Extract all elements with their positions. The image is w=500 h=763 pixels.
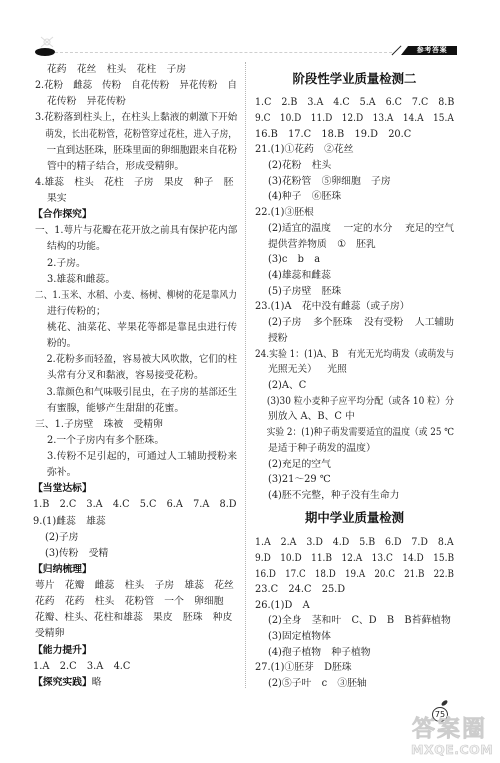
answer-term: B — [387, 613, 394, 629]
answer-term: 子房 — [155, 578, 175, 594]
question-3-line: 萌发，长出花粉管，花粉管穿过花柱，进入子房， — [33, 127, 237, 143]
section-heading-ability: 【能力提升】 — [33, 643, 237, 659]
choice-answers-row: 16.B17.C18.B19.D20.C — [255, 127, 454, 143]
answer-term: 22.(1)③胚根 — [255, 205, 314, 221]
answer-term: 自花传粉 — [131, 78, 169, 94]
header-oval-mark — [35, 48, 55, 56]
answer-term: ① — [337, 237, 346, 253]
answer-term: ③胚轴 — [337, 676, 366, 692]
inquiry-answer-line: 2.花粉多而轻盈，容易被大风吹散，它们的柱 — [33, 352, 237, 368]
choice-answer: 16.B — [255, 127, 278, 143]
question-22-line: (3)cba — [255, 252, 454, 268]
choice-answer: 5.C — [140, 497, 157, 513]
choice-answers-row: 1.B2.C3.A4.C5.C6.A7.A8.D — [33, 497, 237, 513]
answer-term: (3)c — [268, 252, 287, 268]
choice-answer: 23.C — [255, 582, 278, 598]
answer-term: (4)雄蕊和雌蕊 — [268, 268, 331, 284]
midterm-test-answers: 1.A2.A3.D4.D5.B6.D7.D8.A 9.D10.D11.B12.A… — [255, 535, 454, 692]
answer-term: ②花丝 — [324, 142, 353, 158]
choice-answer: 5.A — [360, 95, 376, 111]
choice-answer: 12.D — [342, 111, 363, 127]
question-2-line: 2.花粉雌蕊传粉自花传粉异花传粉自 — [33, 78, 237, 94]
choice-answer: 2.A — [281, 535, 297, 551]
choice-answer: 4.D — [333, 535, 350, 551]
leaf-icon — [441, 699, 449, 707]
answer-term: 果皮 — [153, 610, 173, 626]
answer-term: 受精卵 — [35, 626, 64, 642]
answer-term: (2)适宜的温度 — [268, 221, 331, 237]
question-24-line: (2)A、C — [255, 378, 454, 394]
choice-answer: 19.D — [354, 127, 377, 143]
question-22-line: (4)雄蕊和雌蕊 — [255, 268, 454, 284]
answer-term: 2.花粉 — [35, 78, 63, 94]
choice-answer: 1.A — [255, 535, 271, 551]
section-badge: 参考答案 — [401, 46, 457, 55]
question-27-line: 27.(1)①胚芽D胚珠 — [255, 660, 454, 676]
question-9-line: (3)传粉受精 — [33, 546, 237, 562]
inquiry-answer-line: 粉的。 — [33, 336, 237, 352]
answer-term: 卵细胞 — [194, 594, 223, 610]
answer-term: 茎和叶 — [312, 613, 341, 629]
answer-term: 24.实验 1：(1)A、B — [255, 347, 338, 363]
inquiry-answer-line: 2.子房。 — [33, 256, 237, 272]
choice-answer: 21.B — [404, 567, 424, 583]
answer-term: (2)花粉 — [268, 158, 301, 174]
answer-term: 花瓣 — [65, 578, 85, 594]
choice-answer: 1.A — [33, 659, 49, 675]
choice-answer: 10.D — [280, 551, 301, 567]
answer-term: (2)子房 — [268, 315, 301, 331]
answer-term: 花柱 — [104, 175, 124, 191]
choice-answer: 6.D — [385, 535, 402, 551]
choice-answers-row: 1.A2.A3.D4.D5.B6.D7.D8.A — [255, 535, 454, 551]
choice-answers-row: 9.D10.D11.B12.A13.C14.D15.B — [255, 551, 454, 567]
summary-line: 花瓣、柱头、花柱和雄蕊果皮胚珠种皮 — [33, 610, 237, 626]
answer-term: (3)传粉 — [45, 546, 78, 562]
inquiry-answer-line: 结构的功能。 — [33, 239, 237, 255]
answer-term: 花瓣、柱头、花柱和雄蕊 — [35, 610, 143, 626]
choice-answers-row: 16.D17.C18.D19.A20.C21.B22.B — [255, 567, 454, 583]
question-9-line: 9.(1)雌蕊雄蕊 — [33, 514, 237, 530]
question-24-line: 别放入 A、B、C 中 — [255, 409, 454, 425]
answer-term: 花中没有雌蕊（或子房） — [302, 299, 410, 315]
choice-answer: 11.B — [311, 551, 332, 567]
choice-answers-row: 23.C24.C25.D — [255, 582, 454, 598]
answer-term: 花粉管 — [125, 594, 154, 610]
answer-term: 子房 — [371, 174, 391, 190]
answer-term: 光照无关） — [268, 362, 317, 378]
answer-term: 子房 — [134, 175, 154, 191]
choice-answer: 2.B — [281, 95, 297, 111]
question-24-line: (3)30 粒小麦种子应平均分配（或各 10 粒）分 — [255, 394, 454, 410]
answer-term: 21.(1)①花药 — [255, 142, 314, 158]
question-23-line: 23.(1)A花中没有雌蕊（或子房） — [255, 299, 454, 315]
answer-term: 种子 — [194, 175, 214, 191]
section-heading-practice: 【探究实践】 — [33, 677, 92, 688]
question-22-line: 22.(1)③胚根 — [255, 205, 454, 221]
choice-answer: 2.C — [60, 497, 77, 513]
answer-term: 花药 — [65, 594, 85, 610]
answer-term: A — [303, 598, 310, 614]
choice-answer: 15.B — [433, 551, 454, 567]
inquiry-answer-line: 一、1.萼片与花瓣在花开放之前具有保护花内部 — [33, 223, 237, 239]
inquiry-answer-line: 桃花、油菜花、苹果花等都是靠昆虫进行传 — [33, 320, 237, 336]
answer-term: b — [298, 252, 304, 268]
choice-answer: 7.A — [193, 497, 209, 513]
choice-answer: 17.C — [285, 567, 306, 583]
question-26-line: 26.(1)DA — [255, 598, 454, 614]
question-24-line: (3)21～29 ℃ — [255, 472, 454, 488]
answer-term: 柱头 — [125, 578, 145, 594]
practice-line: 【探究实践】略 — [33, 675, 237, 691]
choice-answer: 4.C — [113, 497, 130, 513]
choice-answer: 8.B — [438, 95, 454, 111]
watermark-url: MXQE.COM — [411, 743, 493, 757]
answer-term: (3)花粉管 — [268, 174, 311, 190]
inquiry-answer-line: 3.传粉不足引起的，可通过人工辅助授粉来 — [33, 449, 237, 465]
choice-answer: 7.D — [411, 535, 428, 551]
answer-term: 果实 — [47, 191, 67, 207]
choice-answer: 20.C — [374, 567, 395, 583]
answer-term: (2)全身 — [268, 613, 301, 629]
answer-term: 种皮 — [213, 610, 233, 626]
answer-term: 没有受粉 — [364, 315, 403, 331]
choice-answer: 3.D — [306, 535, 323, 551]
choice-answer: 18.B — [321, 127, 344, 143]
choice-answer: 15.A — [433, 111, 454, 127]
answer-term: 胚珠 — [322, 284, 342, 300]
answer-term: D胚珠 — [324, 660, 351, 676]
answer-term: (2)子房 — [45, 530, 78, 546]
column-divider — [245, 62, 246, 688]
answer-term: 受精卵 — [134, 417, 163, 433]
answer-term: 花药 — [47, 62, 67, 78]
inquiry-answer-line: 3.靠颜色和气味吸引昆虫，在子房的基部还生 — [33, 385, 237, 401]
summary-line: 萼片花瓣雌蕊柱头子房雄蕊花丝 — [33, 578, 237, 594]
answer-term: 异花传粉 — [87, 94, 126, 110]
left-column: 花药花丝柱头花柱子房 2.花粉雌蕊传粉自花传粉异花传粉自 花传粉异花传粉 3.花… — [33, 62, 237, 691]
question-24-line: 实验 2：(1)种子萌发需要适宜的温度（或 25 ℃ — [255, 425, 454, 441]
choice-answer: 13.C — [372, 551, 393, 567]
answer-term: 受精 — [89, 546, 109, 562]
answer-term: a — [314, 252, 320, 268]
choice-answer: 6.C — [386, 95, 402, 111]
answer-term: 子房 — [167, 62, 187, 78]
choice-answer: 7.C — [412, 95, 428, 111]
inquiry-answer-line: 进行传粉的； — [33, 304, 237, 320]
question-3-line: 3.花粉落到柱头上，在柱头上黏液的刺激下开始 — [33, 110, 237, 126]
choice-answer: 13.A — [373, 111, 394, 127]
header-rule — [55, 52, 392, 53]
choice-answer: 22.B — [434, 567, 454, 583]
answer-term: (5)子房壁 — [268, 284, 311, 300]
choice-answer: 16.D — [255, 567, 276, 583]
choice-answer: 14.A — [403, 111, 424, 127]
choice-answer: 6.A — [167, 497, 183, 513]
choice-answer: 1.B — [33, 497, 49, 513]
question-22-line: (5)子房壁胚珠 — [255, 284, 454, 300]
answer-term: 雄蕊 — [184, 578, 204, 594]
choice-answer: 20.C — [388, 127, 411, 143]
header-slash — [392, 45, 402, 55]
answer-term: (4)种子 — [268, 189, 301, 205]
choice-answer: 12.A — [341, 551, 362, 567]
answer-term: 一个 — [164, 594, 184, 610]
answer-term: 授粉 — [268, 331, 288, 347]
answer-term: 有光无光均萌发（或萌发与 — [348, 347, 454, 363]
answer-term: 人工辅助 — [415, 315, 454, 331]
answer-term: 雌蕊 — [73, 78, 92, 94]
inquiry-answer-line: 头常有分叉和黏液，容易接受花粉。 — [33, 368, 237, 384]
choice-answer: 4.C — [333, 95, 349, 111]
answer-term: 胚乳 — [356, 237, 376, 253]
choice-answer: 3.A — [86, 497, 102, 513]
inquiry-answer-line: 有蜜腺，能够产生甜甜的花蜜。 — [33, 401, 237, 417]
answer-term: 光照 — [327, 362, 347, 378]
answer-term: 传粉 — [102, 78, 121, 94]
inquiry-answer-line: 弥补。 — [33, 465, 237, 481]
question-9-line: (2)子房 — [33, 530, 237, 546]
section-heading-in-class-standards: 【当堂达标】 — [33, 481, 237, 497]
answer-term: c — [322, 676, 328, 692]
question-4-line: 果实 — [33, 191, 237, 207]
choice-answer: 1.C — [255, 95, 271, 111]
answer-term: 柱头 — [95, 594, 115, 610]
question-23-line: 授粉 — [255, 331, 454, 347]
answer-term: 27.(1)①胚芽 — [255, 660, 314, 676]
answer-term: 雌蕊 — [95, 578, 115, 594]
question-24-line: 24.实验 1：(1)A、B有光无光均萌发（或萌发与 — [255, 347, 454, 363]
question-26-line: (3)固定植物体 — [255, 629, 454, 645]
question-4-line: 4.雄蕊柱头花柱子房果皮种子胚 — [33, 175, 237, 191]
answer-term: 胚珠 — [183, 610, 203, 626]
answer-term: 种子植物 — [331, 645, 370, 661]
answer-term: 提供营养物质 — [268, 237, 327, 253]
answer-term: 柱头 — [107, 62, 127, 78]
question-2-line: 花传粉异花传粉 — [33, 94, 237, 110]
answer-term: 花药 — [35, 594, 55, 610]
question-27-line: (2)⑤子叶c③胚轴 — [255, 676, 454, 692]
inquiry-answer-line: 二、1.玉米、水稻、小麦、杨树、柳树的花是靠风力 — [33, 288, 237, 304]
watermark-logo: 答案圈 — [412, 716, 494, 742]
answer-term: 果皮 — [164, 175, 184, 191]
inquiry-answer-line: 三、1.子房壁珠被受精卵 — [33, 417, 237, 433]
inquiry-answer-line: 2.一个子房内有多个胚珠。 — [33, 433, 237, 449]
choice-answers-row: 1.A2.C3.A4.C — [33, 659, 237, 675]
answer-term: 花柱 — [137, 62, 157, 78]
choice-answer: 17.C — [288, 127, 311, 143]
choice-answer: 9.D — [255, 551, 271, 567]
choice-answer: 19.A — [345, 567, 365, 583]
question-22-line: (2)适宜的温度一定的水分充足的空气 — [255, 221, 454, 237]
practice-answer: 略 — [92, 677, 102, 688]
choice-answer: 5.B — [359, 535, 375, 551]
answer-term: 萼片 — [35, 578, 55, 594]
answer-term: 珠被 — [104, 417, 124, 433]
answer-term: 柱头 — [312, 158, 332, 174]
section-heading-cooperative-inquiry: 【合作探究】 — [33, 207, 237, 223]
answer-term: 雄蕊 — [86, 514, 106, 530]
answer-term: 异花传粉 — [179, 78, 217, 94]
choice-answer: 8.A — [438, 535, 454, 551]
question-26-line: (2)全身茎和叶C、DBB苔藓植物 — [255, 613, 454, 629]
choice-answer: 10.D — [280, 111, 301, 127]
answer-term: (4)孢子植物 — [268, 645, 321, 661]
answer-term: 一定的水分 — [343, 221, 392, 237]
question-21-line: 21.(1)①花药②花丝 — [255, 142, 454, 158]
answer-line: 花药花丝柱头花柱子房 — [33, 62, 237, 78]
inquiry-answer-line: 3.雄蕊和雌蕊。 — [33, 272, 237, 288]
answer-term: 花丝 — [77, 62, 97, 78]
question-24-line: (2)充足的空气 — [255, 457, 454, 473]
choice-answer: 9.C — [255, 111, 270, 127]
section-heading-summary: 【归纳梳理】 — [33, 562, 237, 578]
answer-key-page: 参考答案 花药花丝柱头花柱子房 2.花粉雌蕊传粉自花传粉异花传粉自 花传粉异花传… — [0, 0, 500, 763]
answer-term: 23.(1)A — [255, 299, 292, 315]
choice-answer: 3.A — [307, 95, 323, 111]
question-24-line: 光照无关）光照 — [255, 362, 454, 378]
choice-answer: 24.C — [288, 582, 311, 598]
choice-answer: 25.D — [322, 582, 345, 598]
header-decoration-icon — [39, 36, 55, 48]
choice-answers-row: 9.C10.D11.D12.D13.A14.A15.A — [255, 111, 454, 127]
answer-term: 胚 — [224, 175, 234, 191]
question-21-line: (4)种子⑥胚珠 — [255, 189, 454, 205]
choice-answer: 2.C — [60, 659, 77, 675]
answer-term: 4.雄蕊 — [35, 175, 64, 191]
answer-term: 多个胚珠 — [313, 315, 352, 331]
question-21-line: (2)花粉柱头 — [255, 158, 454, 174]
choice-answer: 11.D — [311, 111, 332, 127]
question-24-line: 是适于种子萌发的温度） — [255, 441, 454, 457]
choice-answer: 18.D — [315, 567, 336, 583]
answer-term: 花传粉 — [47, 94, 76, 110]
question-3-line: 一直到达胚珠，胚珠里面的卵细胞跟来自花粉 — [33, 143, 237, 159]
choice-answer: 14.D — [402, 551, 423, 567]
question-3-line: 管中的精子结合，形成受精卵。 — [33, 159, 237, 175]
choice-answer: 4.C — [114, 659, 131, 675]
question-26-line: (4)孢子植物种子植物 — [255, 645, 454, 661]
choice-answers-row: 1.C2.B3.A4.C5.A6.C7.C8.B — [255, 95, 454, 111]
answer-term: 自 — [227, 78, 237, 94]
answer-term: C、D — [351, 613, 376, 629]
answer-term: 9.(1)雌蕊 — [33, 514, 76, 530]
question-21-line: (3)花粉管⑤卵细胞子房 — [255, 174, 454, 190]
midterm-test-title: 期中学业质量检测 — [255, 510, 454, 526]
answer-term: ⑥胚珠 — [312, 189, 341, 205]
summary-line: 受精卵 — [33, 626, 237, 642]
question-22-line: 提供营养物质①胚乳 — [255, 237, 454, 253]
answer-term: ⑤卵细胞 — [322, 174, 361, 190]
answer-term: 花丝 — [214, 578, 234, 594]
stage-test-answers: 1.C2.B3.A4.C5.A6.C7.C8.B 9.C10.D11.D12.D… — [255, 95, 454, 504]
choice-answer: 8.D — [220, 497, 237, 513]
answer-term: 柱头 — [74, 175, 94, 191]
answer-term: (2)⑤子叶 — [268, 676, 311, 692]
answer-term: 三、1.子房壁 — [35, 417, 93, 433]
question-23-line: (2)子房多个胚珠没有受粉人工辅助 — [255, 315, 454, 331]
answer-term: 充足的空气 — [405, 221, 454, 237]
summary-line: 花药花药柱头花粉管一个卵细胞 — [33, 594, 237, 610]
answer-term: B苔藓植物 — [404, 613, 450, 629]
stage-test-title: 阶段性学业质量检测二 — [255, 71, 454, 87]
answer-term: 26.(1)D — [255, 598, 292, 614]
choice-answer: 3.A — [87, 659, 103, 675]
question-24-line: (4)胚不完整，种子没有生命力 — [255, 488, 454, 504]
